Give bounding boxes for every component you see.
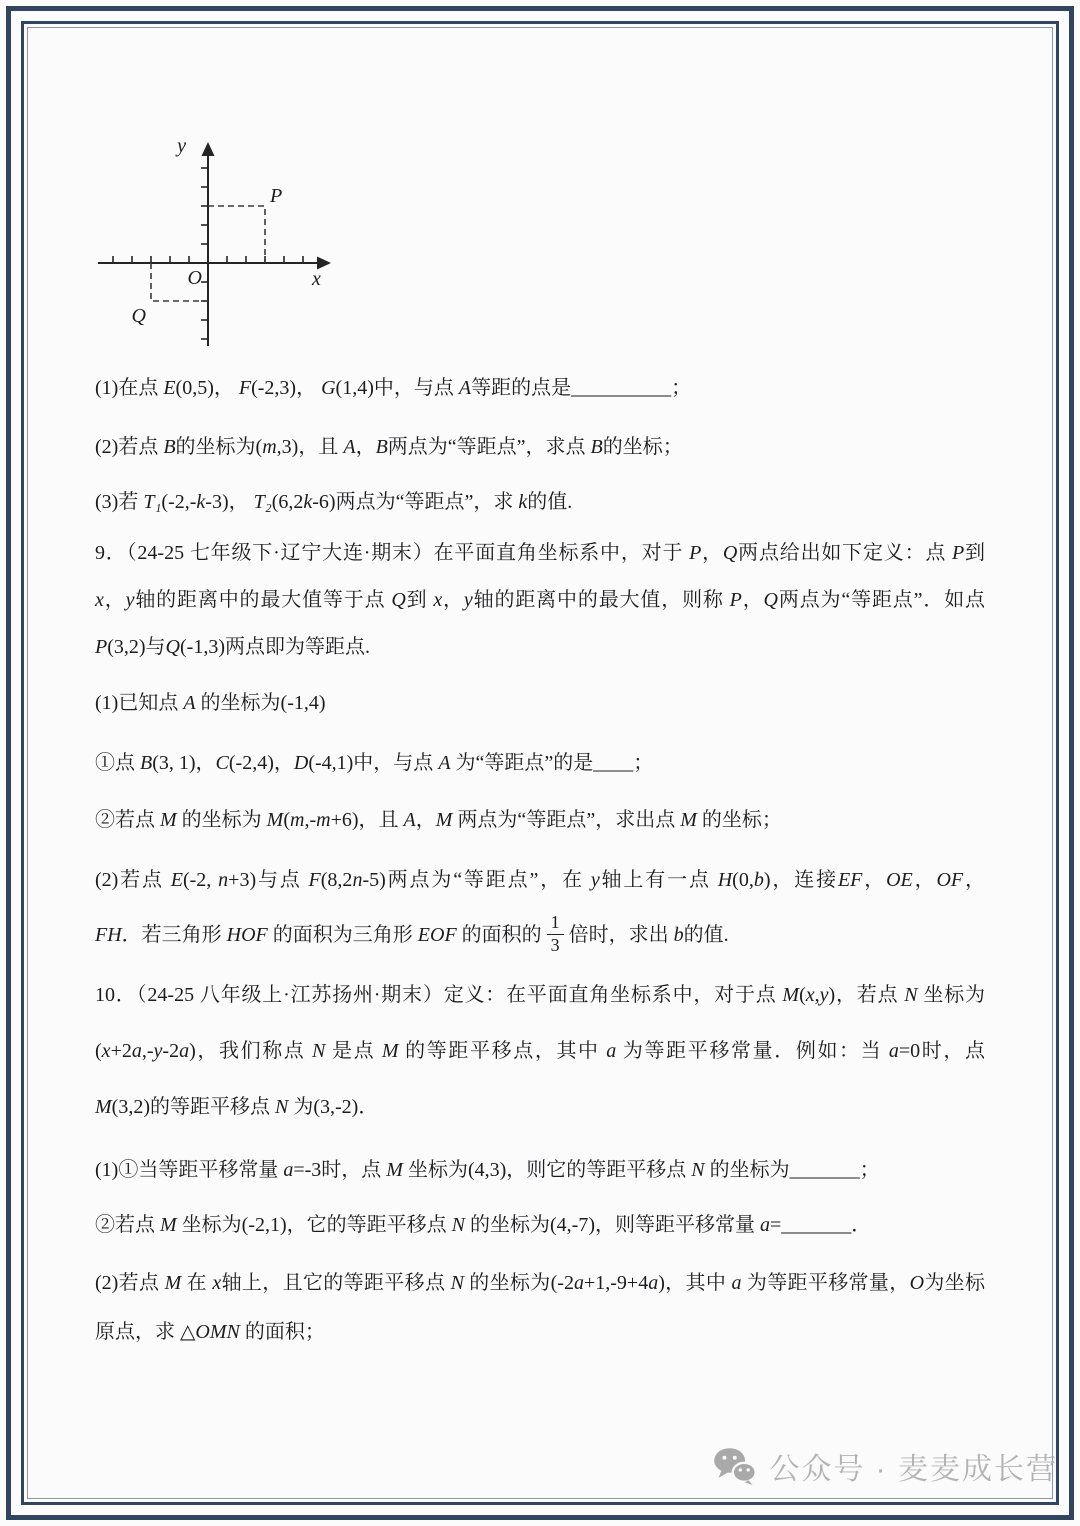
worksheet-page: y x O P Q (1)在点 E(0,5)， F(-2,3)， G(1,4)中…	[0, 0, 1080, 1526]
q10-part1-sub2-line: ②若点 M 坐标为(-2,1)，它的等距平移点 N 的坐标为(4,-7)，则等距…	[95, 1198, 985, 1252]
q9-part2-line2-suffix: 倍时，求出 b的值.	[569, 924, 729, 946]
q9-part1-sub2-line: ②若点 M 的坐标为 M(m,-m+6)，且 A，M 两点为“等距点”，求出点 …	[95, 793, 985, 847]
q8-part3-line: (3)若 T₁(-2,-k-3)， T₂(6,2k-6)两点为“等距点”，求 k…	[95, 475, 985, 529]
q8-part1-line: (1)在点 E(0,5)， F(-2,3)， G(1,4)中，与点 A等距的点是…	[95, 361, 985, 415]
q9-header-line2: x，y轴的距离中的最大值等于点 Q到 x，y轴的距离中的最大值，则称 P，Q两点…	[95, 573, 985, 627]
q10-header-line2: (x+2a,-y-2a)，我们称点 N 是点 M 的等距平移点，其中 a 为等距…	[95, 1024, 985, 1078]
q9-header-line1: 9．（24-25 七年级下·辽宁大连·期末）在平面直角坐标系中，对于 P，Q两点…	[95, 526, 985, 580]
q9-header-line3: P(3,2)与Q(-1,3)两点即为等距点.	[95, 620, 985, 674]
q10-part2-line2: 原点，求 △OMN 的面积；	[95, 1305, 985, 1359]
q9-part1-sub1-line: ①点 B(3, 1)，C(-2,4)，D(-4,1)中，与点 A 为“等距点”的…	[95, 736, 985, 790]
q10-part1-sub1-line: (1)①当等距平移常量 a=-3时，点 M 坐标为(4,3)，则它的等距平移点 …	[95, 1143, 985, 1197]
problems-text: (1)在点 E(0,5)， F(-2,3)， G(1,4)中，与点 A等距的点是…	[95, 0, 985, 1526]
watermark: 公众号 · 麦麦成长营	[713, 1438, 1058, 1494]
q8-part2-line: (2)若点 B的坐标为(m,3)，且 A，B两点为“等距点”，求点 B的坐标；	[95, 420, 985, 474]
q9-part2-line2: FH．若三角形 HOF 的面积为三角形 EOF 的面积的13倍时，求出 b的值.	[95, 908, 985, 962]
wechat-icon	[713, 1442, 757, 1490]
q9-part1-line: (1)已知点 A 的坐标为(-1,4)	[95, 676, 985, 730]
q10-part2-line1: (2)若点 M 在 x轴上，且它的等距平移点 N 的坐标为(-2a+1,-9+4…	[95, 1256, 985, 1310]
q10-header-line3: M(3,2)的等距平移点 N 为(3,-2)．	[95, 1080, 985, 1134]
one-third-fraction: 13	[547, 913, 564, 955]
q9-part2-line1: (2)若点 E(-2, n+3)与点 F(8,2n-5)两点为“等距点”，在 y…	[95, 853, 985, 907]
q9-part2-line2-prefix: FH．若三角形 HOF 的面积为三角形 EOF 的面积的	[95, 924, 542, 946]
fraction-numerator: 1	[547, 913, 564, 934]
watermark-text: 公众号 · 麦麦成长营	[769, 1444, 1058, 1488]
fraction-denominator: 3	[547, 935, 564, 955]
q10-header-line1: 10．（24-25 八年级上·江苏扬州·期末）定义：在平面直角坐标系中，对于点 …	[95, 968, 985, 1022]
